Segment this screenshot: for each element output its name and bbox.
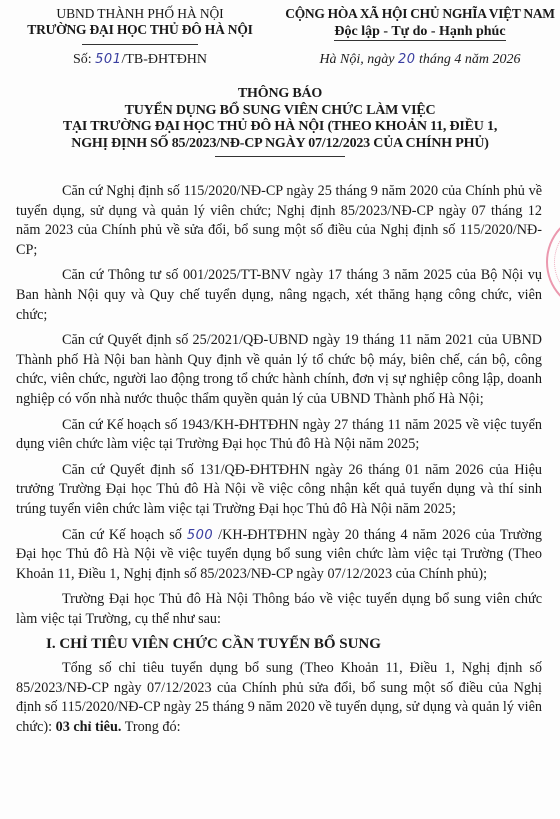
- plan-number-handwritten: 500: [187, 528, 213, 543]
- date-suffix: tháng 4 năm 2026: [416, 52, 521, 67]
- section-1-paragraph: Tổng số chỉ tiêu tuyển dụng bổ sung (The…: [16, 659, 542, 737]
- announcement-paragraph: Trường Đại học Thủ đô Hà Nội Thông báo v…: [16, 590, 542, 629]
- date-prefix: Hà Nội, ngày: [319, 52, 398, 67]
- doc-number-handwritten: 501: [95, 52, 121, 67]
- title-line-4: NGHỊ ĐỊNH SỐ 85/2023/NĐ-CP NGÀY 07/12/20…: [0, 136, 560, 153]
- red-seal-stamp: [546, 214, 560, 310]
- document-number: Số: 501/TB-ĐHTĐHN: [0, 51, 280, 69]
- issuer-underline: [82, 44, 198, 45]
- title-underline: [215, 156, 345, 157]
- country-name: CỘNG HÒA XÃ HỘI CHỦ NGHĨA VIỆT NAM: [280, 6, 560, 22]
- title-line-1: THÔNG BÁO: [0, 86, 560, 103]
- title-line-2: TUYỂN DỤNG BỔ SUNG VIÊN CHỨC LÀM VIỆC: [0, 103, 560, 120]
- doc-number-suffix: /TB-ĐHTĐHN: [121, 52, 207, 67]
- doc-number-prefix: Số:: [73, 52, 95, 67]
- issuing-school: TRƯỜNG ĐẠI HỌC THỦ ĐÔ HÀ NỘI: [0, 22, 280, 38]
- seal-inner-ring: [554, 222, 560, 302]
- legal-basis-paragraph: Căn cứ Nghị định số 115/2020/NĐ-CP ngày …: [16, 182, 542, 260]
- quota-text-suffix: Trong đó:: [121, 719, 180, 735]
- date-day-handwritten: 20: [398, 52, 416, 67]
- issuer-block: UBND THÀNH PHỐ HÀ NỘI TRƯỜNG ĐẠI HỌC THỦ…: [0, 6, 280, 69]
- legal-basis-paragraph: Căn cứ Quyết định số 131/QĐ-ĐHTĐHN ngày …: [16, 461, 542, 520]
- section-1-heading: I. CHỈ TIÊU VIÊN CHỨC CẦN TUYỂN BỔ SUNG: [16, 635, 542, 655]
- document-header: UBND THÀNH PHỐ HÀ NỘI TRƯỜNG ĐẠI HỌC THỦ…: [0, 6, 560, 76]
- national-motto: Độc lập - Tự do - Hạnh phúc: [334, 23, 505, 41]
- issuing-agency: UBND THÀNH PHỐ HÀ NỘI: [0, 6, 280, 22]
- plan-paragraph: Căn cứ Kế hoạch số 500 /KH-ĐHTĐHN ngày 2…: [16, 526, 542, 585]
- plan-prefix: Căn cứ Kế hoạch số: [62, 527, 187, 543]
- legal-basis-paragraph: Căn cứ Thông tư số 001/2025/TT-BNV ngày …: [16, 266, 542, 325]
- legal-basis-paragraph: Căn cứ Kế hoạch số 1943/KH-ĐHTĐHN ngày 2…: [16, 416, 542, 455]
- document-date: Hà Nội, ngày 20 tháng 4 năm 2026: [280, 51, 560, 69]
- document-page: UBND THÀNH PHỐ HÀ NỘI TRƯỜNG ĐẠI HỌC THỦ…: [0, 0, 560, 819]
- document-title: THÔNG BÁO TUYỂN DỤNG BỔ SUNG VIÊN CHỨC L…: [0, 86, 560, 157]
- national-heading-block: CỘNG HÒA XÃ HỘI CHỦ NGHĨA VIỆT NAM Độc l…: [280, 6, 560, 69]
- quota-count: 03 chỉ tiêu.: [56, 719, 122, 735]
- legal-basis-paragraph: Căn cứ Quyết định số 25/2021/QĐ-UBND ngà…: [16, 331, 542, 409]
- document-body: Căn cứ Nghị định số 115/2020/NĐ-CP ngày …: [16, 182, 542, 743]
- title-line-3: TẠI TRƯỜNG ĐẠI HỌC THỦ ĐÔ HÀ NỘI (THEO K…: [0, 119, 560, 136]
